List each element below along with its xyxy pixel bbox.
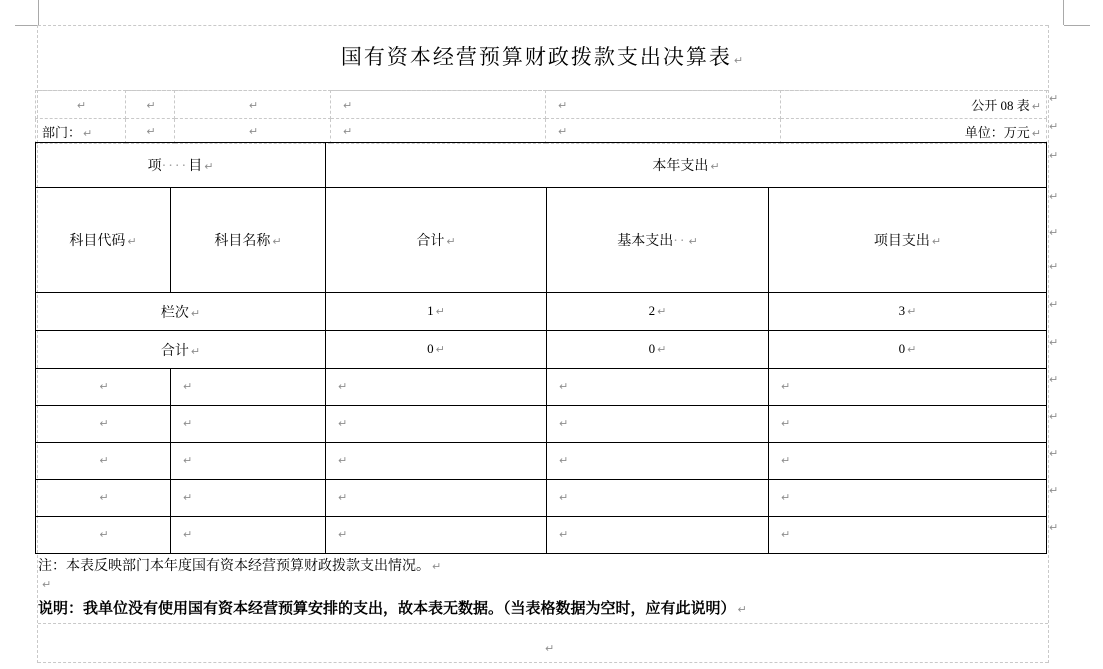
header-subject-code: 科目代码↵ (36, 188, 171, 293)
header-subject-name: 科目名称↵ (171, 188, 326, 293)
paragraph-mark-icon: ↵ (83, 127, 92, 140)
paragraph-mark-icon: ↵ (338, 417, 347, 430)
paragraph-mark-icon: ↵ (907, 305, 916, 318)
empty-cell: ↵ (547, 443, 769, 480)
paragraph-mark-icon: ↵ (545, 643, 554, 654)
note-line: 注：本表反映部门本年度国有资本经营预算财政拨款支出情况。↵ (38, 556, 1048, 578)
paragraph-mark-icon: ↵ (734, 54, 745, 67)
paragraph-mark-icon: ↵ (338, 528, 347, 541)
empty-cell: ↵ (547, 517, 769, 554)
empty-cell: ↵ (326, 369, 547, 406)
unit-cell: 单位：万元↵ (781, 119, 1047, 144)
empty-cell: ↵ (326, 443, 547, 480)
meta-cell: ↵ (126, 119, 175, 144)
column-index-label-cell: 栏次↵ (36, 293, 326, 331)
paragraph-mark-icon: ↵ (436, 305, 445, 318)
empty-cell: ↵ (326, 406, 547, 443)
paragraph-mark-icon: ↵ (436, 343, 445, 356)
column-index-value: 3 (899, 303, 906, 318)
paragraph-mark-icon: ↵ (99, 417, 108, 430)
text-boundary-under-statement (38, 623, 1048, 624)
page-title: 国有资本经营预算财政拨款支出决算表↵ (38, 25, 1048, 90)
table-header-row-group: 项····目↵ 本年支出↵ (36, 143, 1047, 188)
column-index-value-cell: 2↵ (547, 293, 769, 331)
paragraph-mark-icon: ↵ (146, 125, 155, 138)
empty-cell: ↵ (769, 369, 1047, 406)
empty-cell: ↵ (547, 406, 769, 443)
paragraph-mark-icon: ↵ (99, 528, 108, 541)
header-item-right: 目 (188, 159, 202, 174)
empty-cell: ↵ (36, 369, 171, 406)
crop-mark-top-left-vertical (38, 0, 39, 25)
paragraph-mark-icon: ↵ (781, 528, 790, 541)
column-index-row: 栏次↵ 1↵ 2↵ 3↵ (36, 293, 1047, 331)
paragraph-mark-icon: ↵ (1049, 299, 1058, 310)
space-marks: ·· (673, 234, 686, 249)
table-row: ↵ ↵ ↵ ↵ ↵ (36, 443, 1047, 480)
empty-cell: ↵ (769, 480, 1047, 517)
paragraph-mark-icon: ↵ (183, 417, 192, 430)
empty-cell: ↵ (36, 406, 171, 443)
empty-cell: ↵ (171, 443, 326, 480)
paragraph-mark-icon: ↵ (1049, 485, 1058, 496)
paragraph-mark-icon: ↵ (99, 380, 108, 393)
total-value-cell: 0↵ (326, 331, 547, 369)
empty-cell: ↵ (171, 480, 326, 517)
paragraph-mark-icon: ↵ (191, 307, 200, 320)
table-row: ↵ ↵ ↵ ↵ ↵ (36, 480, 1047, 517)
empty-cell: ↵ (171, 406, 326, 443)
header-total: 合计↵ (326, 188, 547, 293)
header-basic-expenditure: 基本支出··↵ (547, 188, 769, 293)
meta-cell: ↵ (126, 91, 175, 119)
paragraph-mark-icon: ↵ (1049, 261, 1058, 272)
paragraph-mark-icon: ↵ (1049, 227, 1058, 238)
meta-row-department-unit: 部门：↵ ↵ ↵ ↵ ↵ 单位：万元↵ (36, 119, 1047, 144)
header-basic-expenditure-label: 基本支出 (617, 234, 673, 249)
paragraph-mark-icon: ↵ (343, 99, 352, 112)
meta-row-form-code: ↵ ↵ ↵ ↵ ↵ 公开 08 表↵ (36, 91, 1047, 119)
paragraph-mark-icon: ↵ (781, 417, 790, 430)
column-index-value: 2 (649, 303, 656, 318)
expenditure-table: 项····目↵ 本年支出↵ 科目代码↵ 科目名称↵ 合计↵ 基本支出··↵ 项目… (35, 142, 1047, 554)
header-project-expenditure: 项目支出↵ (769, 188, 1047, 293)
empty-cell: ↵ (326, 480, 547, 517)
header-subject-code-label: 科目代码 (69, 234, 125, 249)
header-project-expenditure-label: 项目支出 (874, 234, 930, 249)
paragraph-mark-icon: ↵ (781, 380, 790, 393)
empty-cell: ↵ (171, 369, 326, 406)
header-total-label: 合计 (416, 234, 444, 249)
paragraph-mark-icon: ↵ (127, 235, 136, 248)
table-row: ↵ ↵ ↵ ↵ ↵ (36, 517, 1047, 554)
header-item-left: 项 (148, 159, 162, 174)
paragraph-mark-icon: ↵ (1049, 411, 1058, 422)
header-year-expenditure: 本年支出↵ (326, 143, 1047, 188)
paragraph-mark-icon: ↵ (1049, 150, 1058, 161)
paragraph-mark-icon: ↵ (343, 125, 352, 138)
meta-cell: ↵ (546, 91, 781, 119)
paragraph-mark-icon: ↵ (1049, 191, 1058, 202)
paragraph-mark-icon: ↵ (1049, 93, 1058, 104)
paragraph-mark-icon: ↵ (1049, 448, 1058, 459)
paragraph-mark-icon: ↵ (1032, 100, 1041, 113)
empty-cell: ↵ (769, 406, 1047, 443)
paragraph-mark-icon: ↵ (1049, 522, 1058, 533)
meta-cell: ↵ (36, 91, 126, 119)
paragraph-mark-icon: ↵ (1049, 374, 1058, 385)
table-header-row-columns: 科目代码↵ 科目名称↵ 合计↵ 基本支出··↵ 项目支出↵ (36, 188, 1047, 293)
paragraph-mark-icon: ↵ (204, 160, 213, 173)
table-row: ↵ ↵ ↵ ↵ ↵ (36, 369, 1047, 406)
meta-cell: ↵ (175, 119, 331, 144)
total-label-cell: 合计↵ (36, 331, 326, 369)
statement-text: 说明：我单位没有使用国有资本经营预算安排的支出，故本表无数据。（当表格数据为空时… (38, 601, 736, 617)
paragraph-mark-icon: ↵ (183, 454, 192, 467)
paragraph-mark-icon: ↵ (781, 491, 790, 504)
form-code-cell: 公开 08 表↵ (781, 91, 1047, 119)
crop-mark-top-right-vertical (1063, 0, 1064, 25)
space-marks: ···· (162, 159, 189, 174)
text-boundary-bottom (38, 662, 1048, 663)
empty-cell: ↵ (36, 480, 171, 517)
paragraph-mark-icon: ↵ (249, 99, 258, 112)
form-code-label: 公开 08 表 (971, 98, 1030, 113)
paragraph-mark-icon: ↵ (338, 380, 347, 393)
paragraph-mark-icon: ↵ (446, 235, 455, 248)
total-value: 0 (899, 341, 906, 356)
empty-cell: ↵ (36, 443, 171, 480)
total-row: 合计↵ 0↵ 0↵ 0↵ (36, 331, 1047, 369)
paragraph-mark-icon: ↵ (191, 345, 200, 358)
paragraph-mark-icon: ↵ (689, 235, 698, 248)
empty-cell: ↵ (36, 517, 171, 554)
header-item-group: 项····目↵ (36, 143, 326, 188)
paragraph-mark-icon: ↵ (99, 491, 108, 504)
paragraph-mark-icon: ↵ (559, 380, 568, 393)
paragraph-mark-icon: ↵ (183, 491, 192, 504)
table-row: ↵ ↵ ↵ ↵ ↵ (36, 406, 1047, 443)
empty-cell: ↵ (769, 517, 1047, 554)
empty-cell: ↵ (326, 517, 547, 554)
paragraph-mark-icon: ↵ (432, 560, 441, 573)
total-value: 0 (427, 341, 434, 356)
paragraph-mark-icon: ↵ (272, 235, 281, 248)
paragraph-mark-icon: ↵ (932, 235, 941, 248)
empty-cell: ↵ (171, 517, 326, 554)
paragraph-mark-icon: ↵ (183, 528, 192, 541)
header-year-expenditure-label: 本年支出 (652, 159, 708, 174)
header-subject-name-label: 科目名称 (214, 234, 270, 249)
meta-cell: ↵ (175, 91, 331, 119)
paragraph-mark-icon: ↵ (559, 491, 568, 504)
paragraph-mark-icon: ↵ (657, 343, 666, 356)
crop-mark-top-right-horizontal (1064, 25, 1090, 26)
total-label: 合计 (161, 344, 189, 359)
empty-cell: ↵ (547, 369, 769, 406)
paragraph-mark-icon: ↵ (99, 454, 108, 467)
total-value: 0 (649, 341, 656, 356)
column-index-value: 1 (427, 303, 434, 318)
paragraph-mark-icon: ↵ (559, 528, 568, 541)
paragraph-mark-icon: ↵ (738, 603, 747, 616)
meta-cell: ↵ (331, 119, 546, 144)
paragraph-mark-icon: ↵ (338, 491, 347, 504)
paragraph-mark-icon: ↵ (338, 454, 347, 467)
page-title-text: 国有资本经营预算财政拨款支出决算表 (341, 45, 732, 69)
paragraph-mark-icon: ↵ (781, 454, 790, 467)
paragraph-mark-icon: ↵ (559, 417, 568, 430)
column-index-label: 栏次 (161, 306, 189, 321)
statement-line: 说明：我单位没有使用国有资本经营预算安排的支出，故本表无数据。（当表格数据为空时… (38, 597, 1048, 621)
total-value-cell: 0↵ (769, 331, 1047, 369)
total-value-cell: 0↵ (547, 331, 769, 369)
paragraph-mark-icon: ↵ (558, 99, 567, 112)
meta-table: ↵ ↵ ↵ ↵ ↵ 公开 08 表↵ 部门：↵ ↵ ↵ ↵ ↵ 单位：万元↵ (35, 90, 1047, 144)
paragraph-mark-icon: ↵ (1032, 127, 1041, 140)
paragraph-mark-icon: ↵ (559, 454, 568, 467)
column-index-value-cell: 1↵ (326, 293, 547, 331)
paragraph-mark-icon: ↵ (1049, 337, 1058, 348)
word-document-page: { "document": { "title": "国有资本经营预算财政拨款支出… (0, 0, 1103, 669)
crop-mark-top-left-horizontal (15, 25, 38, 26)
empty-cell: ↵ (547, 480, 769, 517)
meta-cell: ↵ (546, 119, 781, 144)
department-cell: 部门：↵ (36, 119, 126, 144)
paragraph-mark-icon: ↵ (77, 99, 86, 112)
paragraph-mark-icon: ↵ (558, 125, 567, 138)
paragraph-mark-icon: ↵ (1049, 121, 1058, 132)
paragraph-mark-icon: ↵ (657, 305, 666, 318)
paragraph-mark-icon: ↵ (183, 380, 192, 393)
paragraph-mark-icon: ↵ (907, 343, 916, 356)
column-index-value-cell: 3↵ (769, 293, 1047, 331)
paragraph-mark-icon: ↵ (146, 99, 155, 112)
paragraph-mark-icon: ↵ (42, 579, 51, 590)
paragraph-mark-icon: ↵ (249, 125, 258, 138)
note-text: 注：本表反映部门本年度国有资本经营预算财政拨款支出情况。 (38, 559, 430, 574)
empty-cell: ↵ (769, 443, 1047, 480)
unit-label: 单位：万元 (965, 125, 1030, 140)
meta-cell: ↵ (331, 91, 546, 119)
department-label: 部门： (42, 125, 81, 140)
paragraph-mark-icon: ↵ (710, 160, 719, 173)
